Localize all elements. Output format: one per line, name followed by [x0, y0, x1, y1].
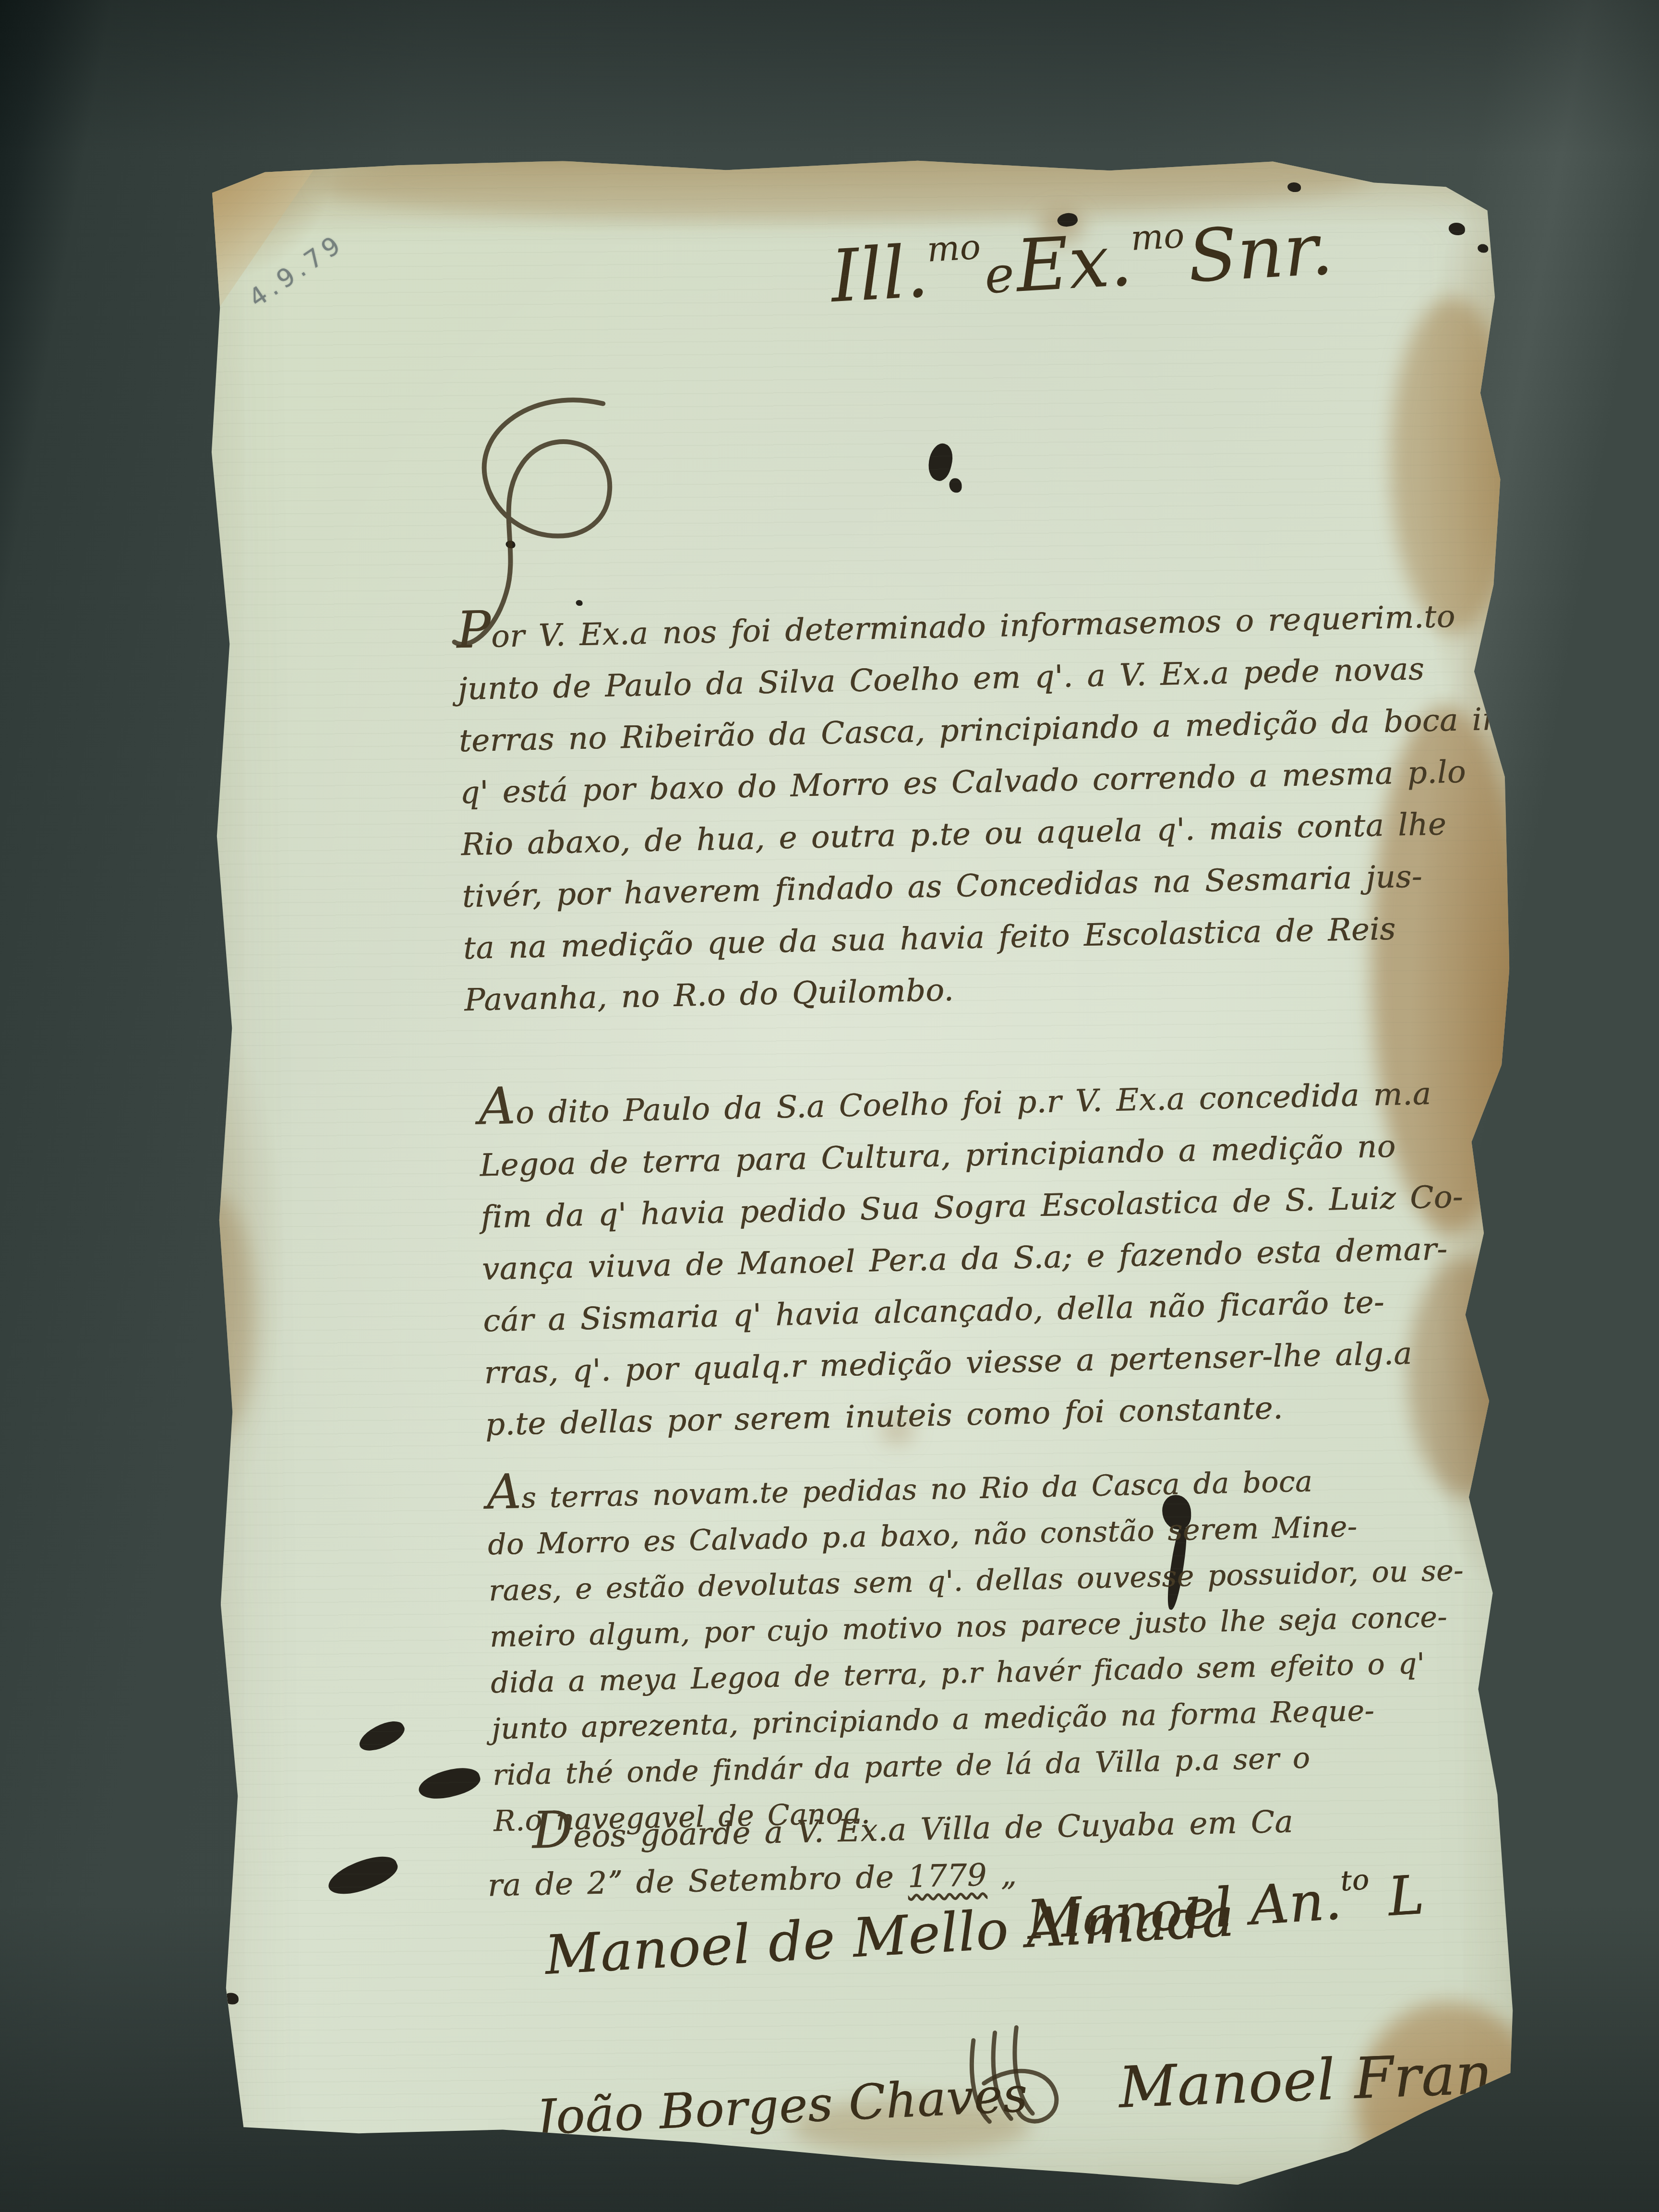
archive-number-note: 4.9.79: [244, 228, 349, 313]
signature-superscript: to: [1339, 1863, 1370, 1898]
signature-text: L: [1369, 1864, 1426, 1930]
salutation-superscript: mo: [1130, 215, 1185, 258]
manuscript-page: 4.9.79 Ill.mo e Ex.mo Snr. Por V. Ex.a n…: [198, 153, 1521, 2195]
salutation: Ill.mo e Ex.mo Snr.: [829, 207, 1335, 319]
paragraph-2: Ao dito Paulo da S.a Coelho foi p.r V. E…: [478, 1059, 1518, 1451]
salutation-word: e: [983, 245, 1016, 305]
paragraph-3: As terras novam.te pedidas no Rio da Cas…: [486, 1448, 1526, 1844]
signature-text: Manoel An.: [1025, 1869, 1344, 1952]
manuscript-text: 4.9.79 Ill.mo e Ex.mo Snr. Por V. Ex.a n…: [185, 145, 1533, 2202]
signature-manoel-antonio: Manoel An.to L: [1023, 1847, 1426, 1949]
salutation-word: Ex.: [1014, 218, 1134, 308]
paragraph-1: Por V. Ex.a nos foi determinado informas…: [456, 583, 1506, 1026]
signature-text: [1543, 2038, 1545, 2104]
manuscript-photo: 4.9.79 Ill.mo e Ex.mo Snr. Por V. Ex.a n…: [0, 0, 1659, 2212]
salutation-superscript: mo: [926, 227, 982, 270]
signature-superscript: co: [1509, 2037, 1544, 2071]
salutation-word: Snr.: [1186, 207, 1335, 299]
salutation-word: Ill.: [829, 230, 930, 319]
signature-manoel-francisco: Manoel Fran.co: [1117, 2025, 1545, 2116]
signature-text: Manoel Fran.: [1118, 2040, 1512, 2121]
signature-rubric: [954, 2024, 1081, 2137]
